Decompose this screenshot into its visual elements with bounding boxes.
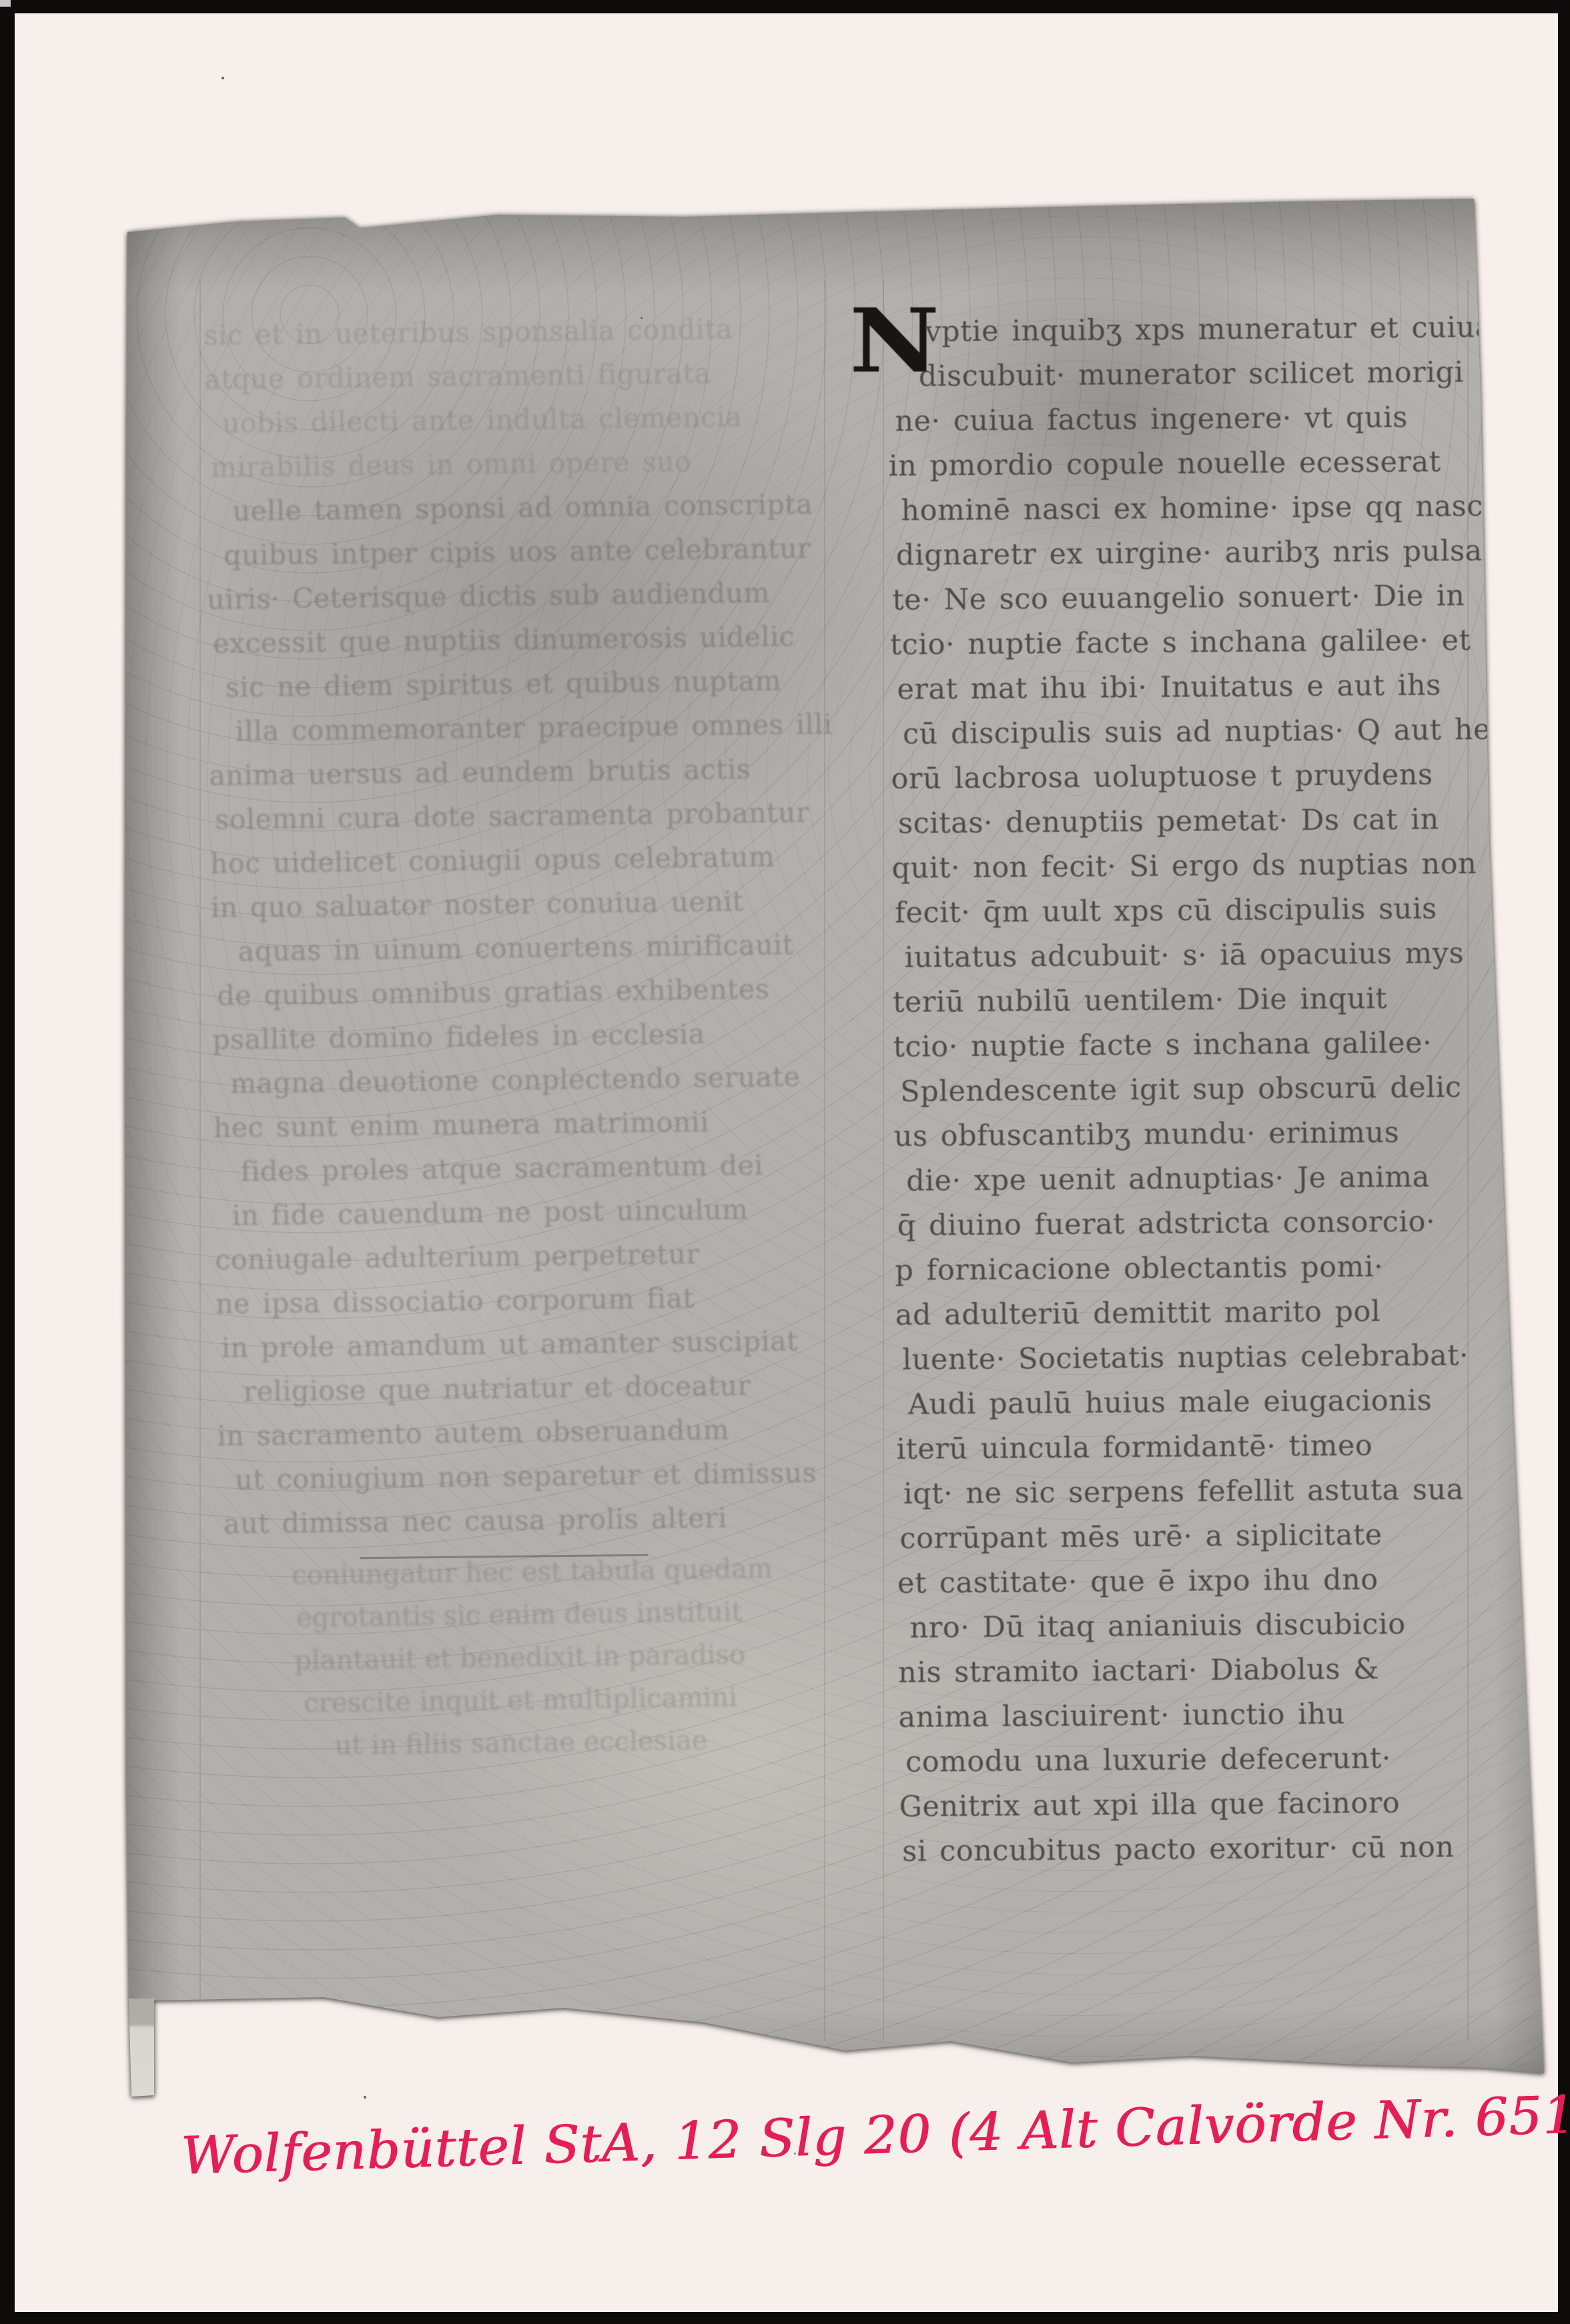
dust-speck xyxy=(641,317,643,319)
manuscript-text-line: aut dimissa nec causa prolis alteri xyxy=(224,1494,843,1546)
manuscript-text-line: crescite inquit et multiplicamini xyxy=(294,1676,748,1724)
manuscript-text-line: hec sunt enim munera matrimonii xyxy=(214,1098,838,1149)
manuscript-text-line: luente· Societatis nuptias celebrabat· xyxy=(902,1333,1483,1383)
manuscript-text-line: magna deuotione conplectendo seruate xyxy=(230,1054,837,1105)
left-text-column: sic et in ueteribus sponsalia conditaatq… xyxy=(204,306,843,1546)
manuscript-text-line: teriū nubilū uentilem· Die inquit xyxy=(893,976,1480,1025)
manuscript-text-line: in prole amandum ut amanter suscipiat xyxy=(222,1318,841,1369)
manuscript-text-line: quibus intper cipis uos ante celebrantur xyxy=(224,526,831,578)
dust-speck xyxy=(364,2096,366,2099)
manuscript-text-line: mirabilis deus in omni opere suo xyxy=(210,438,829,490)
manuscript-text-line: ne ipsa dissociatio corporum fiat xyxy=(216,1274,840,1325)
manuscript-text-line: ut coniugium non separetur et dimissus xyxy=(235,1450,842,1502)
manuscript-text-line: die· xpe uenit adnuptias· Je anima xyxy=(906,1155,1481,1204)
manuscript-text-line: p fornicacione oblectantis pomi· xyxy=(895,1244,1482,1293)
manuscript-text-line: in pmordio copule nouelle ecesserat xyxy=(889,440,1476,489)
manuscript-text-line: in quo saluator noster conuiua uenit xyxy=(210,879,835,930)
manuscript-text-line: scitas· denuptiis pemetat· Ds cat in xyxy=(898,797,1479,846)
manuscript-text-line: uobis dilecti ante indulta clemencia xyxy=(222,394,829,446)
manuscript-text-line: hoc uidelicet coniugii opus celebratum xyxy=(210,834,835,886)
manuscript-text-line: Genitrix aut xpi illa que facinoro xyxy=(899,1780,1486,1830)
manuscript-text-line: Audi paulū huius male eiugacionis xyxy=(908,1378,1483,1427)
manuscript-text-line: te· Ne sco euuangelio sonuert· Die in xyxy=(892,574,1477,623)
manuscript-text-line: plantauit et benedixit in paradiso xyxy=(293,1633,747,1682)
right-text-column: vptie inquibʒ xps muneratur et cuiuadisc… xyxy=(887,306,1487,1874)
manuscript-text-line: aquas in uinum conuertens mirificauit xyxy=(238,923,835,974)
ruling-line-left-outer xyxy=(200,280,201,2041)
manuscript-text-line: tcio· nuptie facte s inchana galilee· xyxy=(893,1021,1480,1070)
manuscript-text-line: fecit· q̄m uult xps cū discipulis suis xyxy=(895,887,1479,936)
manuscript-text-line: iqt· ne sic serpens fefellit astuta sua xyxy=(903,1468,1484,1517)
manuscript-text-line: atque ordinem sacramenti figurata xyxy=(204,350,829,402)
left-verse-block: coniungatur hec est tabula quedamegrotan… xyxy=(292,1548,748,1768)
manuscript-page: N sic et in ueteribus sponsalia conditaa… xyxy=(125,180,1546,2098)
scan-corner-notch xyxy=(0,0,11,7)
manuscript-text-line: tcio· nuptie facte s inchana galilee· et xyxy=(890,618,1477,668)
manuscript-text-line: nis stramito iactari· Diabolus & xyxy=(898,1646,1485,1696)
manuscript-text-line: dignaretr ex uirgine· auribʒ nris pulsan xyxy=(896,529,1477,578)
manuscript-text-line: us obfuscantibʒ mundu· erinimus xyxy=(893,1110,1481,1159)
manuscript-text-line: anima uersus ad eundem brutis actis xyxy=(209,746,833,798)
parchment-tab xyxy=(128,1998,155,2097)
manuscript-text-line: coniugale adulterium perpetretur xyxy=(215,1230,839,1281)
manuscript-text-line: egrotantis sic enim deus instituit xyxy=(292,1590,747,1639)
manuscript-text-line: uelle tamen sponsi ad omnia conscripta xyxy=(232,482,830,534)
manuscript-text-line: comodu una luxurie defecerunt· xyxy=(905,1736,1486,1785)
manuscript-text-line: hominē nasci ex homine· ipse qq nasci xyxy=(901,484,1476,534)
manuscript-text-line: si concubitus pacto exoritur· cū non xyxy=(902,1825,1487,1874)
manuscript-text-line: orū lacbrosa uoluptuose t pruydens xyxy=(891,752,1478,802)
manuscript-text-line: anima lasciuirent· iunctio ihu xyxy=(898,1691,1485,1740)
manuscript-text-line: sic ne diem spiritus et quibus nuptam xyxy=(225,658,832,710)
manuscript-text-line: et castitate· que ē ixpo ihu dno xyxy=(897,1557,1485,1606)
manuscript-text-line: ne· cuiua factus ingenere· vt quis xyxy=(895,395,1475,444)
manuscript-text-line: psallite domino fideles in ecclesia xyxy=(212,1010,837,1061)
ruling-line-right-outer xyxy=(883,280,884,2041)
manuscript-text-line: q̄ diuino fuerat adstricta consorcio· xyxy=(897,1199,1482,1249)
manuscript-text-line: ut in filiis sanctae ecclesiae xyxy=(294,1718,749,1767)
manuscript-text-line: religiose que nutriatur et doceatur xyxy=(243,1362,841,1413)
manuscript-page-shadow: N sic et in ueteribus sponsalia conditaa… xyxy=(125,180,1546,2098)
manuscript-text-line: de quibus omnibus gratias exhibentes xyxy=(217,967,836,1018)
manuscript-text-line: illa commemoranter praecipue omnes illi xyxy=(235,702,833,754)
manuscript-text-line: excessit que nuptiis dinumerosis uidelic xyxy=(213,614,832,666)
manuscript-text-line: corrūpant mēs urē· a siplicitate xyxy=(899,1512,1484,1562)
manuscript-text-line: discubuit· munerator scilicet morigi xyxy=(919,350,1476,400)
photo-backdrop: N sic et in ueteribus sponsalia conditaa… xyxy=(0,0,1570,2324)
scan-canvas: { "photo": { "background_color": "#f6efe… xyxy=(0,0,1570,2324)
manuscript-text-line: quit· non fecit· Si ergo ds nuptias non xyxy=(891,842,1479,891)
dust-speck xyxy=(222,77,224,79)
manuscript-text-line: Splendescente igit sup obscurū delic xyxy=(900,1065,1481,1115)
manuscript-text-line: in sacramento autem obseruandum xyxy=(217,1406,841,1458)
manuscript-text-line: fides proles atque sacramentum dei xyxy=(240,1142,838,1193)
manuscript-text-line: iuitatus adcubuit· s· iā opacuius mys xyxy=(904,931,1479,981)
manuscript-text-line: uiris· Ceterisque dictis sub audiendum xyxy=(207,570,831,622)
manuscript-text-line: ad adulteriū demittit marito pol xyxy=(895,1289,1483,1338)
manuscript-text-line: solemni cura dote sacramenta probantur xyxy=(215,790,834,842)
manuscript-text-line: sic et in ueteribus sponsalia condita xyxy=(204,306,828,358)
manuscript-text-line: erat mat ihu ibi· Inuitatus e aut ihs xyxy=(897,663,1477,712)
manuscript-text-line: nro· Dū itaq anianiuis discubicio xyxy=(909,1602,1485,1651)
manuscript-text-line: iterū uincula formidantē· timeo xyxy=(896,1423,1483,1472)
manuscript-text-line: in fide cauendum ne post uinculum xyxy=(232,1186,839,1237)
shelfmark-annotation: Wolfenbüttel StA, 12 Slg 20 (4 Alt Calvö… xyxy=(180,2085,1570,2187)
manuscript-text-line: vptie inquibʒ xps muneratur et cuiua xyxy=(925,306,1475,354)
manuscript-text-line: cū discipulis suis ad nuptias· Q aut he xyxy=(903,708,1478,757)
